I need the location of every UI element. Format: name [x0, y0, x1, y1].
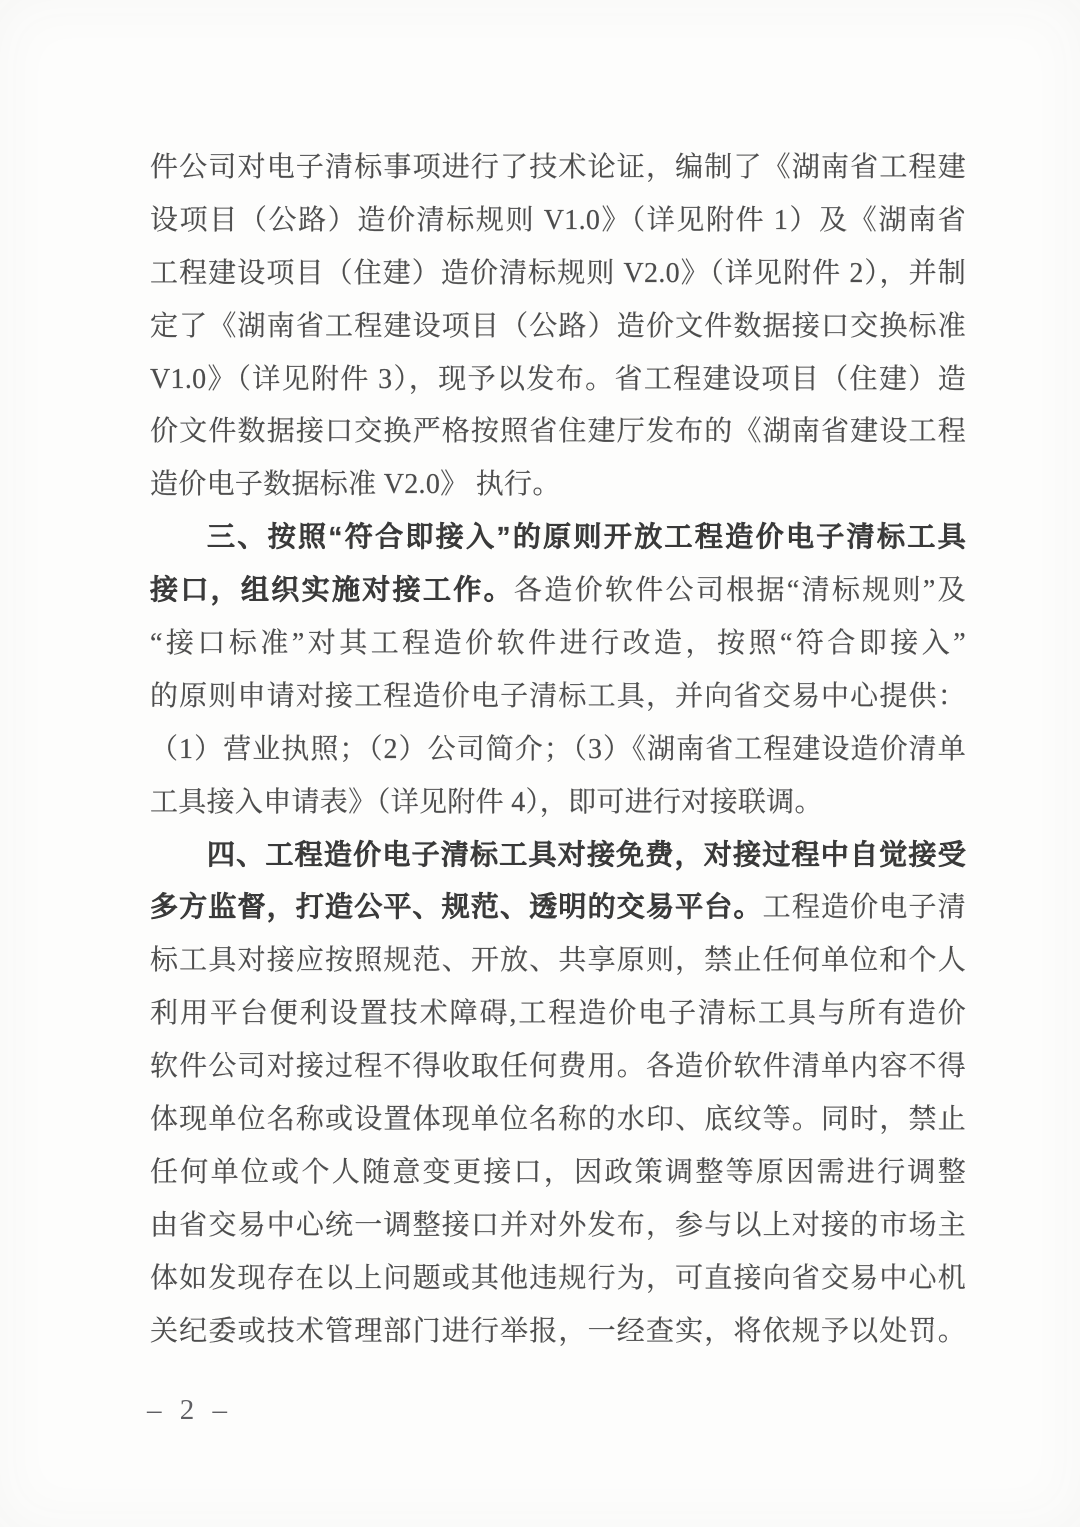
text-line: 由省交易中心统一调整接口并对外发布，参与以上对接的市场主: [150, 1199, 966, 1252]
text-line: 工具接入申请表》（详见附件 4），即可进行对接联调。: [150, 776, 966, 829]
text-line: 设项目（公路）造价清标规则 V1.0》（详见附件 1）及《湖南省: [150, 194, 966, 247]
text-line: 标工具对接应按照规范、开放、共享原则，禁止任何单位和个人: [150, 934, 966, 987]
text-line: “接口标准”对其工程造价软件进行改造，按照“符合即接入”: [150, 617, 966, 670]
text-run: （1）营业执照；（2）公司简介；（3）《湖南省工程建设造价清单: [150, 734, 966, 765]
text-line: （1）营业执照；（2）公司简介；（3）《湖南省工程建设造价清单: [150, 723, 966, 776]
text-run: 工具接入申请表》（详见附件 4），即可进行对接联调。: [150, 787, 823, 818]
text-line: 关纪委或技术管理部门进行举报，一经查实，将依规予以处罚。: [150, 1305, 966, 1358]
text-line-section-3-heading: 三、按照“符合即接入”的原则开放工程造价电子清标工具: [150, 511, 966, 564]
text-run: V1.0》（详见附件 3），现予以发布。省工程建设项目（住建）造: [150, 364, 966, 395]
document-page: 件公司对电子清标事项进行了技术论证，编制了《湖南省工程建 设项目（公路）造价清标…: [0, 0, 1080, 1527]
text-run: 工程建设项目（住建）造价清标规则 V2.0》（详见附件 2），并制: [150, 258, 966, 289]
text-line: 软件公司对接过程不得收取任何费用。各造价软件清单内容不得: [150, 1040, 966, 1093]
text-run: 关纪委或技术管理部门进行举报，一经查实，将依规予以处罚。: [150, 1316, 966, 1347]
text-run: 造价电子数据标准 V2.0》 执行。: [150, 469, 561, 500]
bold-run: 三、按照“符合即接入”的原则开放工程造价电子清标工具: [207, 521, 966, 552]
text-line-section-4-heading: 四、工程造价电子清标工具对接免费，对接过程中自觉接受: [150, 829, 966, 882]
text-run: 价文件数据接口交换严格按照省住建厅发布的《湖南省建设工程: [150, 416, 966, 447]
text-line: V1.0》（详见附件 3），现予以发布。省工程建设项目（住建）造: [150, 353, 966, 406]
text-run: “接口标准”对其工程造价软件进行改造，按照“符合即接入”: [150, 628, 966, 659]
bold-run: 四、工程造价电子清标工具对接免费，对接过程中自觉接受: [207, 839, 966, 870]
page-number: – 2 –: [147, 1392, 228, 1428]
text-run: 软件公司对接过程不得收取任何费用。各造价软件清单内容不得: [150, 1051, 966, 1082]
text-run: 的原则申请对接工程造价电子清标工具，并向省交易中心提供：: [150, 681, 966, 712]
text-run: 定了《湖南省工程建设项目（公路）造价文件数据接口交换标准: [150, 311, 966, 342]
text-line: 体如发现存在以上问题或其他违规行为，可直接向省交易中心机: [150, 1252, 966, 1305]
text-line: 工程建设项目（住建）造价清标规则 V2.0》（详见附件 2），并制: [150, 247, 966, 300]
text-line: 接口，组织实施对接工作。各造价软件公司根据“清标规则”及: [150, 564, 966, 617]
text-line: 定了《湖南省工程建设项目（公路）造价文件数据接口交换标准: [150, 300, 966, 353]
text-line: 造价电子数据标准 V2.0》 执行。: [150, 458, 966, 511]
bold-run: 接口，组织实施对接工作。: [150, 574, 514, 605]
text-run: 设项目（公路）造价清标规则 V1.0》（详见附件 1）及《湖南省: [150, 205, 966, 236]
text-run: 任何单位或个人随意变更接口，因政策调整等原因需进行调整的，: [150, 1157, 966, 1199]
text-run: 利用平台便利设置技术障碍,工程造价电子清标工具与所有造价: [150, 998, 966, 1029]
bold-run: 多方监督，打造公平、规范、透明的交易平台。: [150, 891, 763, 922]
text-run: 工程造价电子清: [763, 892, 966, 923]
text-line: 体现单位名称或设置体现单位名称的水印、底纹等。同时，禁止: [150, 1093, 966, 1146]
text-line: 价文件数据接口交换严格按照省住建厅发布的《湖南省建设工程: [150, 405, 966, 458]
text-line: 利用平台便利设置技术障碍,工程造价电子清标工具与所有造价: [150, 987, 966, 1040]
text-run: 体现单位名称或设置体现单位名称的水印、底纹等。同时，禁止: [150, 1104, 966, 1135]
text-run: 件公司对电子清标事项进行了技术论证，编制了《湖南省工程建: [150, 152, 966, 183]
text-line: 件公司对电子清标事项进行了技术论证，编制了《湖南省工程建: [150, 141, 966, 194]
text-run: 由省交易中心统一调整接口并对外发布，参与以上对接的市场主: [150, 1210, 966, 1241]
text-run: 标工具对接应按照规范、开放、共享原则，禁止任何单位和个人: [150, 945, 966, 976]
text-line: 的原则申请对接工程造价电子清标工具，并向省交易中心提供：: [150, 670, 966, 723]
text-line: 任何单位或个人随意变更接口，因政策调整等原因需进行调整的，: [150, 1146, 966, 1199]
text-line: 多方监督，打造公平、规范、透明的交易平台。工程造价电子清: [150, 881, 966, 934]
text-block: 件公司对电子清标事项进行了技术论证，编制了《湖南省工程建 设项目（公路）造价清标…: [150, 141, 966, 1357]
text-run: 各造价软件公司根据“清标规则”及: [514, 575, 966, 606]
text-run: 体如发现存在以上问题或其他违规行为，可直接向省交易中心机: [150, 1263, 966, 1294]
